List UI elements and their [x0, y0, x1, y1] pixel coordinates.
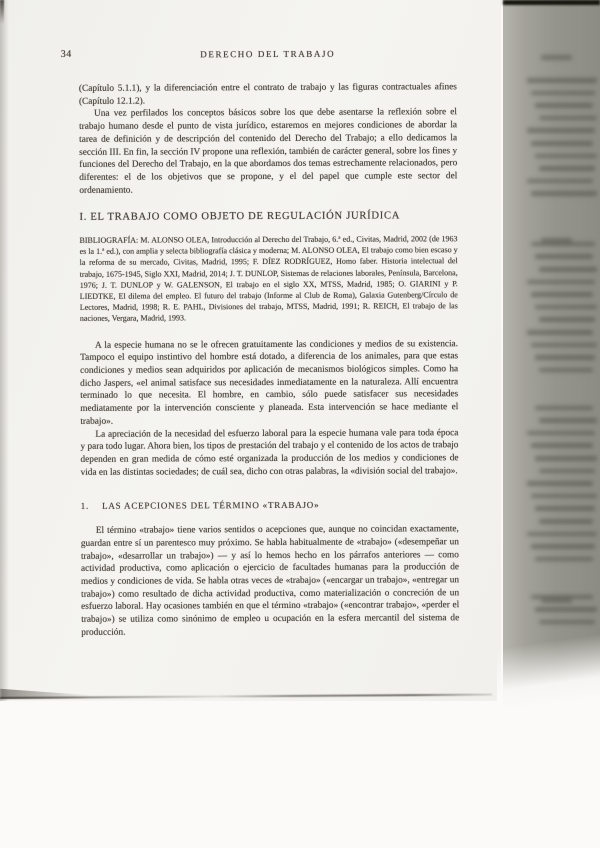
- section-heading: I. EL TRABAJO COMO OBJETO DE REGULACIÓN …: [79, 211, 457, 225]
- page-text-column: 34 DERECHO DEL TRABAJO (Capítulo 5.1.1),…: [79, 47, 460, 639]
- body-paragraph-3: El término «trabajo» tiene varios sentid…: [81, 523, 459, 639]
- book-page: 34 DERECHO DEL TRABAJO (Capítulo 5.1.1),…: [0, 0, 501, 701]
- body-paragraph-2: La apreciación de la necesidad del esfue…: [80, 427, 458, 479]
- subsection-number: 1.: [81, 501, 89, 511]
- intro-paragraph-continuation: (Capítulo 5.1.1), y la diferenciación en…: [79, 81, 457, 108]
- intro-paragraph: Una vez perfilados los conceptos básicos…: [79, 107, 457, 198]
- scan-edge-artifact: [0, 0, 4, 24]
- adjacent-page-fade: [497, 608, 600, 728]
- page-number: 34: [61, 49, 72, 62]
- body-paragraph-1: A la especie humana no se le ofrecen gra…: [80, 338, 458, 429]
- subsection-title: LAS ACEPCIONES DEL TÉRMINO «TRABAJO»: [102, 500, 319, 511]
- page-header: 34 DERECHO DEL TRABAJO: [79, 47, 457, 62]
- running-header: DERECHO DEL TRABAJO: [79, 47, 457, 61]
- adjacent-page-band: [503, 0, 600, 728]
- page-left-edge-shadow: [0, 0, 9, 701]
- bibliography-paragraph: BIBLIOGRAFÍA: M. ALONSO OLEA, Introducci…: [80, 233, 458, 324]
- subsection-heading: 1.LAS ACEPCIONES DEL TÉRMINO «TRABAJO»: [81, 499, 459, 513]
